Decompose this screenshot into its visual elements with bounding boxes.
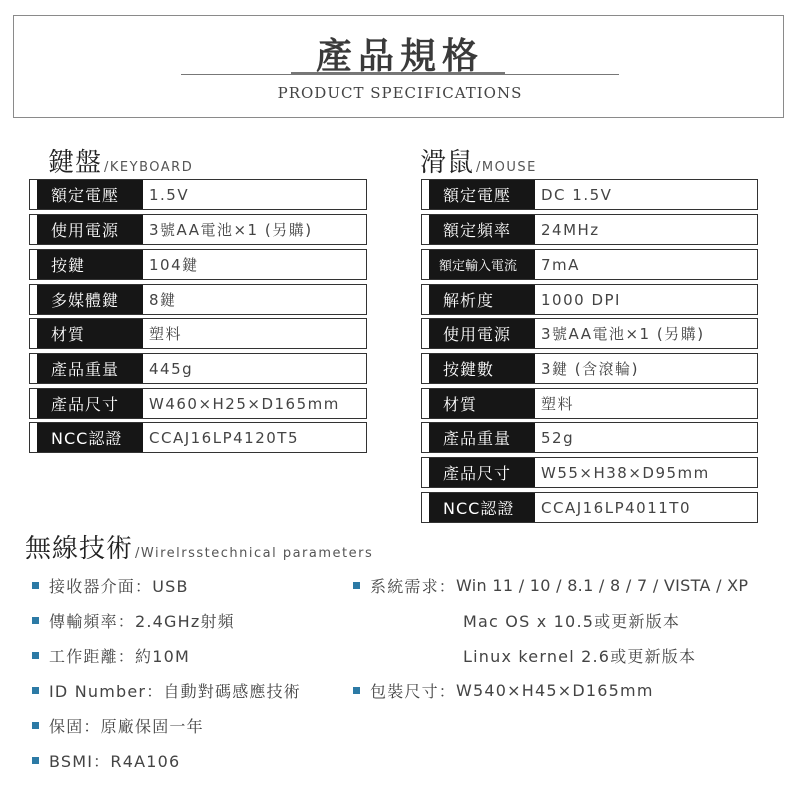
spec-label: 額定電壓: [37, 180, 143, 209]
table-row: 額定輸入電流7mA: [421, 249, 758, 280]
system-requirements: 系統需求：Win 11 / 10 / 8.1 / 8 / 7 / VISTA /…: [353, 574, 748, 597]
system-req-line: Linux kernel 2.6或更新版本: [463, 644, 696, 667]
spec-value: 104鍵: [143, 250, 199, 279]
spec-label: 產品尺寸: [37, 389, 143, 418]
spec-value: W460×H25×D165mm: [143, 389, 340, 418]
wireless-heading-en: /Wirelrsstechnical parameters: [135, 546, 373, 561]
table-row: 產品尺寸W55×H38×D95mm: [421, 457, 758, 488]
table-row: 產品重量445g: [29, 353, 367, 384]
mouse-heading-zh: 滑鼠: [420, 142, 474, 179]
table-row: 使用電源3號AA電池×1 (另購): [29, 214, 367, 245]
table-row: 額定電壓DC 1.5V: [421, 179, 758, 210]
table-row: NCC認證CCAJ16LP4120T5: [29, 422, 367, 453]
spec-label: 產品重量: [429, 423, 535, 452]
list-item: 接收器介面：USB: [32, 574, 189, 597]
spec-label: 額定電壓: [429, 180, 535, 209]
list-item: 傳輸頻率：2.4GHz射頻: [32, 609, 235, 632]
table-row: NCC認證CCAJ16LP4011T0: [421, 492, 758, 523]
list-item: 工作距離：約10M: [32, 644, 190, 667]
table-row: 按鍵104鍵: [29, 249, 367, 280]
spec-label: 解析度: [429, 285, 535, 314]
spec-label: NCC認證: [37, 423, 143, 452]
spec-value: DC 1.5V: [535, 180, 612, 209]
package-size: 包裝尺寸：W540×H45×D165mm: [353, 679, 654, 702]
title-divider-accent: [291, 72, 505, 75]
spec-label: 額定輸入電流: [429, 250, 535, 279]
bullet-square-icon: [32, 757, 39, 764]
list-item: 保固：原廠保固一年: [32, 714, 204, 737]
spec-label: 材質: [37, 319, 143, 348]
table-row: 額定頻率24MHz: [421, 214, 758, 245]
wireless-heading-zh: 無線技術: [25, 528, 133, 565]
spec-label: 產品重量: [37, 354, 143, 383]
spec-label: 使用電源: [429, 319, 535, 348]
spec-value: 3號AA電池×1 (另購): [535, 319, 705, 348]
bullet-square-icon: [353, 582, 360, 589]
spec-value: W55×H38×D95mm: [535, 458, 710, 487]
wireless-heading: 無線技術 /Wirelrsstechnical parameters: [25, 528, 373, 565]
system-req-line: Win 11 / 10 / 8.1 / 8 / 7 / VISTA / XP: [456, 576, 748, 595]
system-req-line: Mac OS x 10.5或更新版本: [463, 609, 680, 632]
bullet-square-icon: [32, 722, 39, 729]
page-subtitle: PRODUCT SPECIFICATIONS: [0, 84, 800, 102]
spec-value: 8鍵: [143, 285, 177, 314]
bullet-square-icon: [32, 617, 39, 624]
list-item: ID Number：自動對碼感應技術: [32, 679, 301, 702]
spec-label: 使用電源: [37, 215, 143, 244]
spec-value: 塑料: [143, 319, 182, 348]
spec-value: 52g: [535, 423, 574, 452]
spec-value: 7mA: [535, 250, 580, 279]
bullet-square-icon: [32, 687, 39, 694]
table-row: 產品尺寸W460×H25×D165mm: [29, 388, 367, 419]
table-row: 使用電源3號AA電池×1 (另購): [421, 318, 758, 349]
spec-label: 材質: [429, 389, 535, 418]
spec-value: 塑料: [535, 389, 574, 418]
package-size-value: W540×H45×D165mm: [456, 681, 654, 700]
spec-value: CCAJ16LP4120T5: [143, 423, 299, 452]
system-req-label: 系統需求：: [370, 574, 456, 597]
spec-label: NCC認證: [429, 493, 535, 522]
spec-value: 3號AA電池×1 (另購): [143, 215, 313, 244]
keyboard-heading-en: /KEYBOARD: [104, 160, 193, 175]
table-row: 解析度1000 DPI: [421, 284, 758, 315]
spec-value: CCAJ16LP4011T0: [535, 493, 691, 522]
keyboard-heading-zh: 鍵盤: [48, 142, 102, 179]
spec-value: 1000 DPI: [535, 285, 621, 314]
list-item: BSMI：R4A106: [32, 749, 180, 772]
mouse-heading: 滑鼠 /MOUSE: [420, 142, 537, 179]
spec-label: 額定頻率: [429, 215, 535, 244]
package-size-label: 包裝尺寸：: [370, 679, 456, 702]
spec-label: 多媒體鍵: [37, 285, 143, 314]
table-row: 產品重量52g: [421, 422, 758, 453]
bullet-square-icon: [32, 582, 39, 589]
spec-value: 1.5V: [143, 180, 189, 209]
keyboard-heading: 鍵盤 /KEYBOARD: [48, 142, 193, 179]
spec-label: 按鍵數: [429, 354, 535, 383]
mouse-heading-en: /MOUSE: [476, 160, 537, 175]
spec-label: 產品尺寸: [429, 458, 535, 487]
table-row: 材質塑料: [421, 388, 758, 419]
table-row: 額定電壓1.5V: [29, 179, 367, 210]
spec-label: 按鍵: [37, 250, 143, 279]
spec-value: 445g: [143, 354, 193, 383]
bullet-square-icon: [353, 687, 360, 694]
table-row: 材質塑料: [29, 318, 367, 349]
table-row: 按鍵數3鍵 (含滾輪): [421, 353, 758, 384]
spec-value: 24MHz: [535, 215, 600, 244]
spec-value: 3鍵 (含滾輪): [535, 354, 639, 383]
bullet-square-icon: [32, 652, 39, 659]
table-row: 多媒體鍵8鍵: [29, 284, 367, 315]
